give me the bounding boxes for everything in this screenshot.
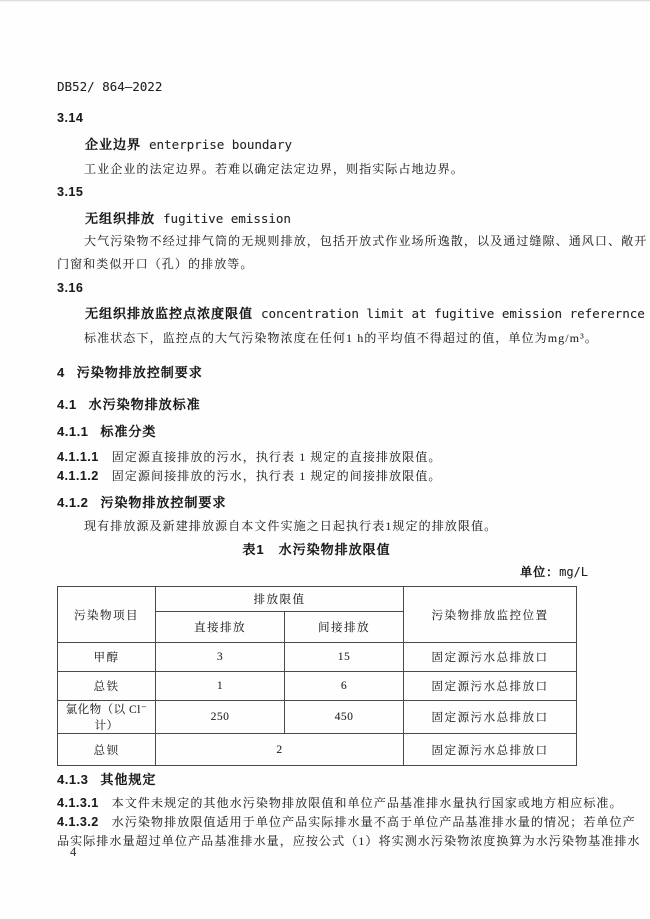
col-header-indirect: 间接排放	[285, 612, 404, 643]
clause-4-1-3-1: 4.1.3.1本文件未规定的其他水污染物排放限值和单位产品基准排水量执行国家或地…	[57, 794, 623, 812]
cell-pollutant: 氯化物（以 Cl⁻计）	[58, 701, 156, 734]
table-1-caption: 表1水污染物排放限值	[57, 539, 576, 559]
heading-4-1-3: 4.1.3其他规定	[57, 769, 156, 789]
heading-4: 4污染物排放控制要求	[57, 362, 203, 382]
clause-4-1-1-2-text: 固定源间接排放的污水，执行表 1 规定的间接排放限值。	[112, 469, 442, 483]
cell-location: 固定源污水总排放口	[404, 701, 577, 734]
heading-4-title: 污染物排放控制要求	[77, 365, 203, 380]
unit-value: mg/L	[559, 565, 588, 579]
paragraph-4-1-2: 现有排放源及新建排放源自本文件实施之日起执行表1规定的排放限值。	[84, 517, 497, 534]
definition-3-14: 工业企业的法定边界。若难以确定法定边界，则指实际占地边界。	[84, 160, 464, 177]
cell-direct-limit: 250	[156, 701, 285, 734]
cell-direct-limit: 3	[156, 643, 285, 672]
definition-3-15-line2: 门窗和类似开口（孔）的排放等。	[57, 255, 254, 272]
heading-4-1-title: 水污染物排放标准	[89, 397, 201, 412]
heading-4-1-1-number: 4.1.1	[57, 424, 88, 439]
term-3-15-en: fugitive emission	[163, 211, 291, 226]
heading-4-number: 4	[57, 365, 65, 380]
document-page: DB52/ 864—2022 3.14 企业边界enterprise bound…	[0, 0, 650, 919]
cell-pollutant: 总钡	[58, 734, 156, 766]
col-header-location: 污染物排放监控位置	[404, 587, 577, 643]
clause-4-1-1-1-text: 固定源直接排放的污水，执行表 1 规定的直接排放限值。	[112, 450, 442, 464]
cell-pollutant: 甲醇	[58, 643, 156, 672]
table-1-unit-label: 单位：mg/L	[520, 563, 588, 581]
term-3-15-zh: 无组织排放	[85, 211, 155, 226]
term-3-14-en: enterprise boundary	[149, 137, 292, 152]
heading-4-1-3-number: 4.1.3	[57, 772, 88, 787]
table-row-total-iron: 总铁 1 6 固定源污水总排放口	[58, 672, 577, 701]
table-row-chloride: 氯化物（以 Cl⁻计） 250 450 固定源污水总排放口	[58, 701, 577, 734]
heading-4-1-number: 4.1	[57, 397, 77, 412]
col-header-direct: 直接排放	[156, 612, 285, 643]
clause-number-3-15: 3.15	[57, 185, 83, 199]
clause-4-1-3-1-text: 本文件未规定的其他水污染物排放限值和单位产品基准排水量执行国家或地方相应标准。	[112, 796, 623, 810]
term-3-16: 无组织排放监控点浓度限值concentration limit at fugit…	[85, 303, 650, 323]
col-header-pollutant: 污染物项目	[58, 587, 156, 643]
term-3-16-en: concentration limit at fugitive emission…	[261, 306, 650, 321]
definition-3-16: 标准状态下，监控点的大气污染物浓度在任何1 h的平均值不得超过的值，单位为mg/…	[84, 329, 598, 346]
heading-4-1-2: 4.1.2污染物排放控制要求	[57, 492, 226, 512]
clause-4-1-1-2: 4.1.1.2固定源间接排放的污水，执行表 1 规定的间接排放限值。	[57, 467, 441, 485]
cell-merged-limit: 2	[156, 734, 404, 766]
cell-location: 固定源污水总排放口	[404, 643, 577, 672]
clause-4-1-1-2-number: 4.1.1.2	[57, 469, 99, 483]
heading-4-1: 4.1水污染物排放标准	[57, 394, 201, 414]
scan-edge-artifact	[0, 0, 650, 2]
clause-number-3-16: 3.16	[57, 281, 83, 295]
table-row-total-barium: 总钡 2 固定源污水总排放口	[58, 734, 577, 766]
cell-location: 固定源污水总排放口	[404, 672, 577, 701]
table-row-methanol: 甲醇 3 15 固定源污水总排放口	[58, 643, 577, 672]
cell-indirect-limit: 6	[285, 672, 404, 701]
col-header-limit-group: 排放限值	[156, 587, 404, 612]
clause-4-1-3-2-line2: 品实际排水量超过单位产品基准排水量，应按公式（1）将实测水污染物浓度换算为水污染…	[57, 832, 641, 849]
heading-4-1-2-number: 4.1.2	[57, 495, 88, 510]
clause-4-1-1-1: 4.1.1.1固定源直接排放的污水，执行表 1 规定的直接排放限值。	[57, 448, 441, 466]
doc-code-header: DB52/ 864—2022	[57, 79, 162, 94]
table-1-water-pollutant-limits: 污染物项目 排放限值 污染物排放监控位置 直接排放 间接排放 甲醇 3 15 固…	[57, 586, 577, 766]
heading-4-1-1: 4.1.1标准分类	[57, 421, 156, 441]
heading-4-1-2-title: 污染物排放控制要求	[100, 495, 226, 510]
cell-location: 固定源污水总排放口	[404, 734, 577, 766]
heading-4-1-3-title: 其他规定	[100, 772, 156, 787]
unit-prefix: 单位：	[520, 565, 559, 579]
clause-number-3-14: 3.14	[57, 111, 83, 125]
heading-4-1-1-title: 标准分类	[100, 424, 156, 439]
cell-direct-limit: 1	[156, 672, 285, 701]
table-1-caption-title: 水污染物排放限值	[279, 542, 391, 557]
clause-4-1-3-2-text-line1: 水污染物排放限值适用于单位产品实际排水量不高于单位产品基准排水量的情况；若单位产	[112, 815, 636, 829]
clause-4-1-1-1-number: 4.1.1.1	[57, 450, 99, 464]
page-number: 4	[70, 845, 76, 860]
cell-indirect-limit: 450	[285, 701, 404, 734]
term-3-15: 无组织排放fugitive emission	[85, 208, 291, 228]
term-3-16-zh: 无组织排放监控点浓度限值	[85, 306, 253, 321]
clause-4-1-3-2-line1: 4.1.3.2水污染物排放限值适用于单位产品实际排水量不高于单位产品基准排水量的…	[57, 813, 636, 831]
cell-indirect-limit: 15	[285, 643, 404, 672]
table-header-row-1: 污染物项目 排放限值 污染物排放监控位置	[58, 587, 577, 612]
definition-3-15-line1: 大气污染物不经过排气筒的无规则排放，包括开放式作业场所逸散，以及通过缝隙、通风口…	[84, 232, 647, 249]
term-3-14-zh: 企业边界	[85, 137, 141, 152]
table-1-caption-label: 表1	[242, 542, 264, 557]
cell-pollutant: 总铁	[58, 672, 156, 701]
term-3-14: 企业边界enterprise boundary	[85, 134, 292, 154]
clause-4-1-3-1-number: 4.1.3.1	[57, 796, 99, 810]
clause-4-1-3-2-number: 4.1.3.2	[57, 815, 99, 829]
